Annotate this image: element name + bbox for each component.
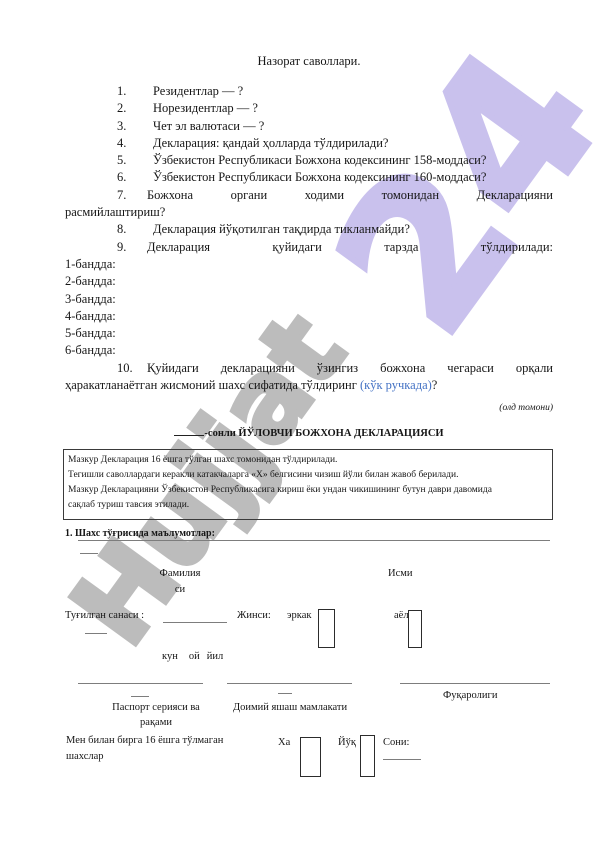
declaration-notice-box: Мазкур Декларация 16 ёшга тўлган шахс то… — [63, 449, 553, 520]
notice-line: сақлаб туриш тавсия этилади. — [68, 498, 548, 513]
date-parts-label: куноййил — [162, 650, 223, 663]
question-item-3: 3.Чет эл валютаси — ? — [65, 118, 553, 135]
front-side-note: (олд томони) — [65, 403, 553, 416]
question-text: ? — [432, 378, 438, 392]
band-item-6: 6-бандда: — [65, 342, 553, 359]
question-text: Қуйидаги декларацияни ўзингиз божхона че… — [147, 361, 553, 375]
name-label: Исми — [388, 567, 413, 580]
fill-line-wrap[interactable] — [80, 553, 98, 554]
question-text: Резидентлар — ? — [153, 84, 243, 98]
no-label: Йўқ — [338, 736, 356, 749]
yes-checkbox[interactable] — [300, 737, 321, 777]
birth-date-fill-line[interactable] — [163, 622, 227, 623]
yes-label: Ха — [278, 736, 290, 749]
notice-line: Тегишли саволлардаги керакли катакчаларг… — [68, 468, 548, 483]
question-text: Ўзбекистон Республикаси Божхона кодексин… — [153, 170, 486, 184]
count-label: Сони: — [383, 736, 409, 749]
document-page: Hujjat 24 Назорат саволлари. 1.Резидентл… — [0, 0, 596, 842]
day-label: кун — [162, 651, 178, 662]
question-text: Декларация: қандай ҳолларда тўлдирилади? — [153, 136, 388, 150]
male-checkbox[interactable] — [318, 609, 335, 648]
band-item-1: 1-бандда: — [65, 256, 553, 273]
question-text: Божхона органи ходими томонидан Декларац… — [147, 188, 553, 202]
year-label: йил — [207, 651, 223, 662]
question-number: 2. — [117, 100, 153, 117]
citizenship-fill-line[interactable] — [400, 683, 550, 684]
question-number: 1. — [117, 83, 153, 100]
notice-line: Мазкур Декларацияни Ўзбекистон Республик… — [68, 483, 548, 498]
question-item-1: 1.Резидентлар — ? — [65, 83, 553, 100]
no-checkbox[interactable] — [360, 735, 375, 777]
residence-fill-line[interactable] — [227, 683, 352, 684]
question-item-4: 4.Декларация: қандай ҳолларда тўлдирилад… — [65, 135, 553, 152]
question-number: 3. — [117, 118, 153, 135]
question-number: 6. — [117, 169, 153, 186]
question-number: 8. — [117, 221, 153, 238]
citizenship-label: Фуқаролиги — [443, 689, 497, 702]
question-text: ҳаракатланаётган жисмоний шахс сифатида … — [65, 378, 360, 392]
question-item-5: 5.Ўзбекистон Республикаси Божхона кодекс… — [65, 152, 553, 169]
question-item-7: 7.Божхона органи ходими томонидан Деклар… — [65, 187, 553, 204]
question-number: 10. — [117, 360, 147, 377]
band-item-3: 3-бандда: — [65, 291, 553, 308]
female-label: аёл — [394, 609, 409, 622]
page-title: Назорат саволлари. — [65, 54, 553, 71]
question-number: 4. — [117, 135, 153, 152]
question-text: Декларация йўқотилган тақдирда тикланмай… — [153, 222, 410, 236]
question-number: 5. — [117, 152, 153, 169]
document-content: Назорат саволлари. 1.Резидентлар — ? 2.Н… — [65, 54, 553, 539]
month-label: ой — [189, 651, 200, 662]
female-checkbox[interactable] — [408, 610, 422, 648]
gender-label: Жинси: — [237, 609, 271, 622]
passport-fill-line[interactable] — [78, 683, 203, 684]
fill-line-wrap[interactable] — [85, 633, 107, 634]
question-number: 7. — [117, 187, 147, 204]
questions-list: 1.Резидентлар — ? 2.Норезидентлар — ? 3.… — [65, 83, 553, 394]
passport-label: Паспорт серияси ва рақами — [95, 701, 217, 729]
question-item-2: 2.Норезидентлар — ? — [65, 100, 553, 117]
question-number: 9. — [117, 239, 147, 256]
notice-line: Мазкур Декларация 16 ёшга тўлган шахс то… — [68, 453, 548, 468]
question-item-8: 8.Декларация йўқотилган тақдирда тикланм… — [65, 221, 553, 238]
declaration-form-title: -сонли ЙЎЛОВЧИ БОЖХОНА ДЕКЛАРАЦИЯСИ — [65, 426, 553, 440]
question-text: Чет эл валютаси — ? — [153, 119, 264, 133]
residence-label: Доимий яшаш мамлакати — [233, 701, 347, 714]
section-1-title: 1. Шахс тўғрисида маълумотлар: — [65, 528, 553, 539]
question-item-10-continuation: ҳаракатланаётган жисмоний шахс сифатида … — [65, 377, 553, 394]
band-item-5: 5-бандда: — [65, 325, 553, 342]
fill-line-wrap[interactable] — [131, 696, 149, 697]
count-fill-line[interactable] — [383, 759, 421, 760]
question-item-10: 10.Қуйидаги декларацияни ўзингиз божхона… — [65, 360, 553, 377]
question-text: Декларация қуйидаги тарзда тўлдирилади: — [147, 240, 553, 254]
question-text: Норезидентлар — ? — [153, 101, 258, 115]
surname-label: Фамилия си — [138, 567, 222, 596]
question-item-9: 9.Декларация қуйидаги тарзда тўлдирилади… — [65, 239, 553, 256]
band-item-2: 2-бандда: — [65, 273, 553, 290]
surname-name-fill-line[interactable] — [78, 540, 550, 541]
blue-pen-note: (кўк ручкада) — [360, 378, 432, 392]
minors-label-line2: шахслар — [66, 750, 104, 763]
male-label: эркак — [287, 609, 311, 622]
birth-date-label: Туғилган санаси : — [65, 609, 144, 622]
declaration-number-blank[interactable] — [174, 426, 204, 436]
question-text: Ўзбекистон Республикаси Божхона кодексин… — [153, 153, 486, 167]
band-item-4: 4-бандда: — [65, 308, 553, 325]
minors-label-line1: Мен билан бирга 16 ёшга тўлмаган — [66, 734, 223, 747]
fill-line-wrap[interactable] — [278, 693, 292, 694]
question-item-6: 6.Ўзбекистон Республикаси Божхона кодекс… — [65, 169, 553, 186]
question-item-7-continuation: расмийлаштириш? — [65, 204, 553, 221]
